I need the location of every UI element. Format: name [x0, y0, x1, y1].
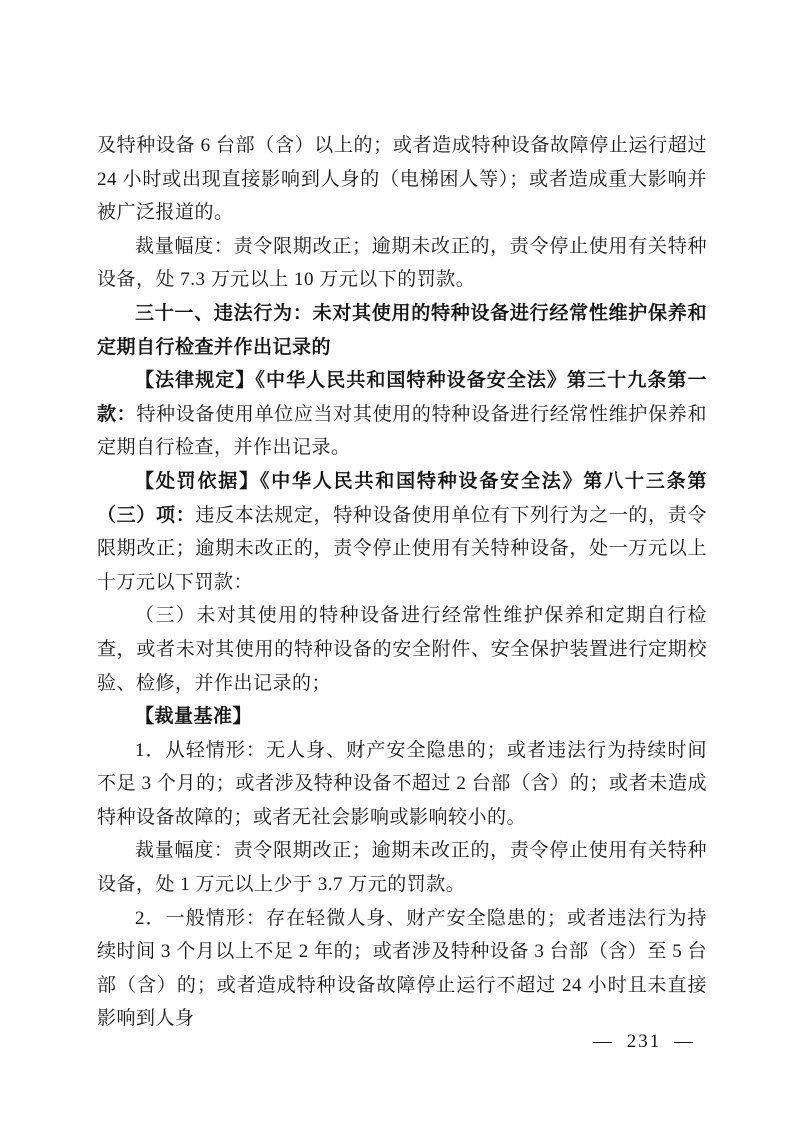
paragraph-subitem-three: （三）未对其使用的特种设备进行经常性维护保养和定期自行检查，或者未对其使用的特种… — [97, 599, 707, 700]
document-body: 及特种设备 6 台部（含）以上的；或者造成特种设备故障停止运行超过 24 小时或… — [97, 129, 707, 1036]
paragraph-penalty-range-previous-item: 裁量幅度：责令限期改正；逾期未改正的，责令停止使用有关特种设备，处 7.3 万元… — [97, 230, 707, 297]
text-legal-provision: 特种设备使用单位应当对其使用的特种设备进行经常性维护保养和定期自行检查，并作出记… — [97, 404, 707, 459]
heading-discretion-benchmark: 【裁量基准】 — [97, 700, 707, 734]
paragraph-legal-provision: 【法律规定】《中华人民共和国特种设备安全法》第三十九条第一款：特种设备使用单位应… — [97, 364, 707, 465]
paragraph-general-circumstance: 2．一般情形：存在轻微人身、财产安全隐患的；或者违法行为持续时间 3 个月以上不… — [97, 902, 707, 1036]
paragraph-punishment-basis: 【处罚依据】《中华人民共和国特种设备安全法》第八十三条第（三）项：违反本法规定，… — [97, 465, 707, 599]
paragraph-continuation-from-previous-page: 及特种设备 6 台部（含）以上的；或者造成特种设备故障停止运行超过 24 小时或… — [97, 129, 707, 230]
heading-violation-item-31: 三十一、违法行为：未对其使用的特种设备进行经常性维护保养和定期自行检查并作出记录… — [97, 297, 707, 364]
page-number: — 231 — — [593, 1030, 695, 1054]
paragraph-light-circumstance: 1．从轻情形：无人身、财产安全隐患的；或者违法行为持续时间不足 3 个月的；或者… — [97, 734, 707, 835]
document-page: 及特种设备 6 台部（含）以上的；或者造成特种设备故障停止运行超过 24 小时或… — [0, 0, 793, 1122]
paragraph-penalty-range-light: 裁量幅度：责令限期改正；逾期未改正的，责令停止使用有关特种设备，处 1 万元以上… — [97, 834, 707, 901]
